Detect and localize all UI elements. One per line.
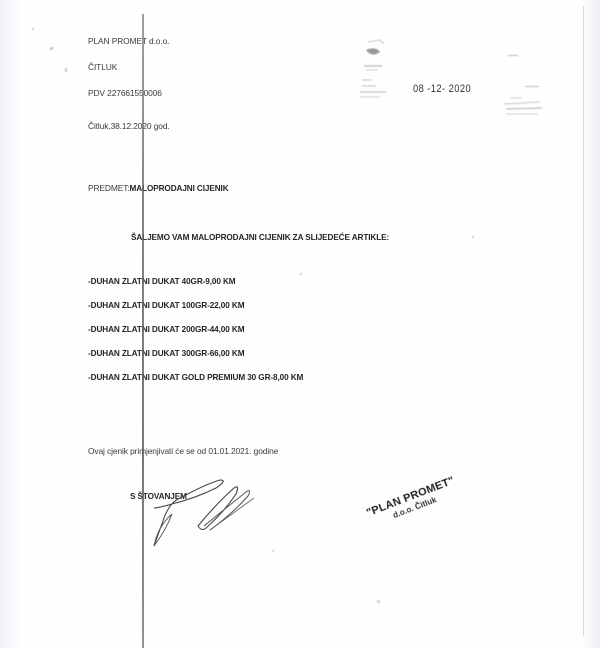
scan-speck xyxy=(377,600,380,603)
scan-speck xyxy=(300,273,302,275)
scan-speck xyxy=(50,47,53,50)
company-vat: PDV 227661550006 xyxy=(88,88,162,98)
place-and-date: Čitluk,38.12.2020 god. xyxy=(88,121,170,131)
scan-edge-shadow-right xyxy=(582,0,600,648)
price-list-item: -DUHAN ZLATNI DUKAT GOLD PREMIUM 30 GR-8… xyxy=(88,373,303,382)
scan-speck xyxy=(65,68,67,72)
scan-fold-line xyxy=(142,14,144,648)
company-city: ČITLUK xyxy=(88,62,117,72)
price-list-item: -DUHAN ZLATNI DUKAT 40GR-9,00 KM xyxy=(88,277,236,286)
price-list-item: -DUHAN ZLATNI DUKAT 300GR-66,00 KM xyxy=(88,349,244,358)
price-list-item: -DUHAN ZLATNI DUKAT 200GR-44,00 KM xyxy=(88,325,244,334)
scan-speck xyxy=(525,86,539,87)
scan-speck xyxy=(508,55,518,56)
faded-logo-icon xyxy=(358,34,392,104)
subject-line: PREDMET:MALOPRODAJNI CIJENIK xyxy=(88,183,229,193)
company-stamp: "PLAN PROMET" d.o.o. Čitluk xyxy=(365,475,460,529)
received-date-stamp: 08 -12- 2020 xyxy=(413,83,471,95)
scan-speck xyxy=(32,28,34,30)
scan-edge-shadow-left xyxy=(0,0,22,648)
price-list-item: -DUHAN ZLATNI DUKAT 100GR-22,00 KM xyxy=(88,301,244,310)
validity-note: Ovaj cjenik primjenjivati će se od 01.01… xyxy=(88,446,278,456)
scanned-document-page: PLAN PROMET d.o.o. ČITLUK PDV 2276615500… xyxy=(0,0,600,648)
scan-speck xyxy=(472,236,474,238)
faded-registration-stamp-icon xyxy=(500,96,548,118)
handwritten-signature-icon xyxy=(136,474,276,554)
scan-margin-line xyxy=(583,6,584,636)
intro-text: ŠALJEMO VAM MALOPRODAJNI CIJENIK ZA SLIJ… xyxy=(131,233,389,242)
subject-label: PREDMET: xyxy=(88,183,130,193)
subject-value: MALOPRODAJNI CIJENIK xyxy=(130,184,229,193)
company-name: PLAN PROMET d.o.o. xyxy=(88,36,169,46)
